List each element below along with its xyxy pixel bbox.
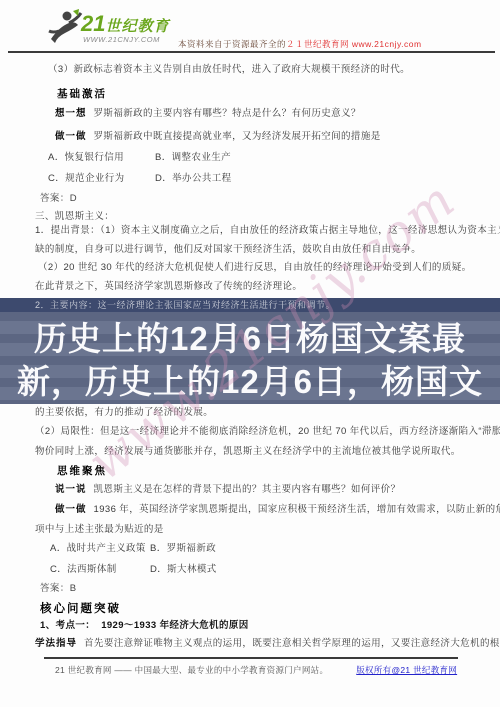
document-page: 21世纪教育 WWW.21CNJY.COM 本资料来自于资源最齐全的２１世纪教育… bbox=[0, 0, 500, 707]
header-tagline: 本资料来自于资源最齐全的２１世纪教育网 www.21cnjy.com bbox=[178, 38, 422, 50]
keynes-bg-line2: 缺的制度，自身可以进行调节，他们反对国家干预经济生活，鼓吹自由放任和自由竞争。 bbox=[35, 244, 421, 256]
do-question1-row: 做一做罗斯福新政中既直接提高就业率，又为经济发展开拓空间的措施是 bbox=[55, 131, 381, 143]
running-man-icon bbox=[45, 9, 85, 47]
exam-point-label: 1、考点一： bbox=[40, 620, 95, 631]
q1-option-b: B．调整农业生产 bbox=[155, 152, 231, 164]
tag-method: 学法指导 bbox=[35, 638, 77, 649]
limitation-line1: （2）局限性：但是这一经济理论并不能彻底消除经济危机，20 世纪 70 年代以后… bbox=[35, 426, 500, 438]
section-title-core: 核心问题突破 bbox=[40, 600, 121, 616]
tag-think: 想一想 bbox=[55, 108, 87, 119]
logo-brand-rest: 世纪教育 bbox=[105, 18, 169, 35]
method-guide-row: 学法指导首先要注意辩证唯物主义观点的运用，既要注意相关哲学原理的运用，又要注意经… bbox=[35, 638, 500, 650]
tag-do1: 做一做 bbox=[55, 131, 87, 142]
q1-option-a: A．恢复银行信用 bbox=[48, 152, 124, 164]
tagline-site: ２１世纪教育网 www.21cnjy.com bbox=[286, 39, 422, 49]
highlighted-content-line: 2．主要内容：这一经济理论主张国家应当对经济生活进行干预和调节。 bbox=[0, 298, 500, 312]
do-question2-line1: 1936 年，英国经济学家凯恩斯提出，国家应积极干预经济生活，增加有效需求，以防… bbox=[94, 504, 500, 515]
q1-option-c: C．规范企业行为 bbox=[48, 173, 125, 185]
do-question1: 罗斯福新政中既直接提高就业率，又为经济发展开拓空间的措施是 bbox=[94, 131, 381, 142]
overlay-title-line1: 历史上的12月6日杨国文案最 bbox=[0, 313, 500, 360]
think-question-row: 想一想罗斯福新政的主要内容有哪些？特点是什么？有何历史意义？ bbox=[55, 108, 361, 120]
keynes-bg-line4: 在此背景之下，英国经济学家凯恩斯修改了传统的经济理论。 bbox=[35, 281, 302, 293]
footer-rule bbox=[44, 657, 458, 659]
footer: 21 世纪教育网 —— 中国最大型、最专业的中小学教育资源门户网站。 版权所有@… bbox=[55, 664, 475, 676]
footer-copyright-link[interactable]: 版权所有@21 世纪教育网 bbox=[356, 664, 457, 676]
q2-option-c: C．法西斯体制 bbox=[50, 564, 117, 576]
21cnjy-logo: 21世纪教育 WWW.21CNJY.COM bbox=[45, 9, 195, 49]
section-title-basics: 基础激活 bbox=[57, 86, 107, 101]
paragraph-newdeal: （3）新政标志着资本主义告别自由放任时代，进入了政府大规模干预经济的时代。 bbox=[48, 64, 410, 76]
after-band-line: 的主要依据，有力的推动了经济的发展。 bbox=[35, 407, 213, 419]
say-question-row: 说一说凯恩斯主义是在怎样的背景下提出的？其主要内容有哪些？如何评价？ bbox=[55, 484, 400, 496]
q2-option-a: A．战时共产主义政策 bbox=[50, 543, 146, 555]
header-rule bbox=[8, 51, 495, 53]
tag-say: 说一说 bbox=[55, 484, 87, 495]
overlay-title-line2: 新，历史上的12月6日，杨国文 bbox=[0, 356, 500, 403]
keynes-bg-line3: （2）20 世纪 30 年代的经济大危机促使人们进行反思，自由放任的经济理论开始… bbox=[38, 262, 472, 274]
q2-option-d: D．斯大林模式 bbox=[150, 564, 217, 576]
q2-option-b: B．罗斯福新政 bbox=[150, 543, 216, 555]
footer-site-text: 21 世纪教育网 —— 中国最大型、最专业的中小学教育资源门户网站。 bbox=[55, 664, 328, 676]
logo-url: WWW.21CNJY.COM bbox=[83, 35, 160, 44]
exam-point-row: 1、考点一：1929～1933 年经济大危机的原因 bbox=[40, 620, 249, 632]
section-title-thinking: 思维聚焦 bbox=[57, 463, 107, 478]
title-overlay-band: 2．主要内容：这一经济理论主张国家应当对经济生活进行干预和调节。 历史上的12月… bbox=[0, 298, 500, 404]
tag-do2: 做一做 bbox=[55, 504, 87, 515]
logo-brand: 21世纪教育 bbox=[81, 11, 170, 37]
q1-answer: 答案：D bbox=[40, 193, 77, 205]
keynes-bg-line1: 1．提出背景：（1）资本主义制度确立之后，自由放任的经济政策占据主导地位，这一经… bbox=[35, 225, 500, 237]
logo-brand-21: 21 bbox=[81, 11, 105, 36]
q2-answer: 答案：B bbox=[40, 583, 76, 595]
do-question2-row: 做一做1936 年，英国经济学家凯恩斯提出，国家应积极干预经济生活，增加有效需求… bbox=[55, 504, 500, 516]
section-keynes: 三、凯恩斯主义： bbox=[35, 211, 114, 223]
think-question: 罗斯福新政的主要内容有哪些？特点是什么？有何历史意义？ bbox=[94, 108, 361, 119]
limitation-line2: 物价同时上涨，经济发展与通货膨胀并存，凯恩斯主义在经济学中的主流地位被其他学说所… bbox=[35, 446, 461, 458]
do-question2-line2: 项中与上述主张最为贴近的是 bbox=[35, 524, 164, 536]
q1-option-d: D．举办公共工程 bbox=[155, 173, 232, 185]
say-question: 凯恩斯主义是在怎样的背景下提出的？其主要内容有哪些？如何评价？ bbox=[94, 484, 401, 495]
exam-point-text: 1929～1933 年经济大危机的原因 bbox=[101, 620, 249, 631]
tagline-prefix: 本资料来自于资源最齐全的 bbox=[178, 39, 286, 49]
method-guide-text: 首先要注意辩证唯物主义观点的运用，既要注意相关哲学原理的运用，又要注意经济大危机… bbox=[84, 638, 500, 649]
